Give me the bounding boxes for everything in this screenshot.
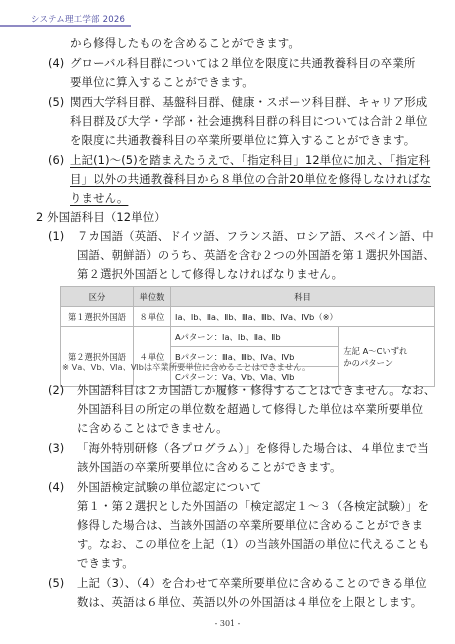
- item-line: を限度に共通教養科目の卒業所要単位に算入することができます。: [70, 133, 415, 147]
- item-number: (5): [48, 576, 64, 590]
- header-rule: [0, 25, 131, 27]
- table-header-row: 区分 単位数 科目: [61, 287, 435, 307]
- item-line: 第１・第２選択とした外国語の「検定認定１～３（各検定試験）」を: [77, 499, 429, 513]
- underlined-line: りません。: [70, 191, 128, 205]
- item-number: (4): [48, 56, 64, 70]
- continuation-text: から修得したものを含めることができます。: [70, 36, 300, 50]
- item-number: (5): [48, 95, 64, 109]
- item-line: す。なお、この単位を上記（1）の当該外国語の単位に代えることも: [77, 537, 430, 551]
- item-line: 第２選択外国語として修得しなければなりません。: [77, 267, 343, 281]
- item-line: 科目群及び大学・学部・社会連携科目群の科目については合計２単位: [70, 114, 428, 128]
- item-number: (4): [48, 480, 64, 494]
- item-line: 上記（3）、（4）を合わせて卒業所要単位に含めることのできる単位: [77, 576, 427, 590]
- section-heading: 2 外国語科目（12単位）: [36, 210, 166, 224]
- pattern-remark: 左記 A～Cいずれ かのパターン: [339, 327, 435, 387]
- table-note: ※ Ⅴa、Ⅴb、Ⅵa、Ⅵbは卒業所要単位に含めることはできません。: [62, 361, 310, 373]
- header-subjects: 科目: [171, 287, 435, 307]
- item-line: 修得した場合は、当該外国語の卒業所要単位に含めることができま: [77, 518, 423, 532]
- item-line: に含めることはできません。: [77, 421, 228, 435]
- pattern-a: Aパターン：Ⅰa、Ⅰb、Ⅱa、Ⅱb: [171, 327, 339, 347]
- item-line: 外国語科目の所定の単位数を超過して修得した単位は卒業所要単位: [77, 402, 423, 416]
- item-number: (6): [48, 153, 64, 167]
- item-line: 関西大学科目群、基盤科目群、健康・スポーツ科目群、キャリア形成: [70, 95, 427, 109]
- table-row: 第１選択外国語 ８単位 Ⅰa、Ⅰb、Ⅱa、Ⅱb、Ⅲa、Ⅲb、Ⅳa、Ⅳb（※）: [61, 307, 435, 327]
- page-header: システム理工学部 2026: [0, 0, 455, 30]
- row1-subjects: Ⅰa、Ⅰb、Ⅱa、Ⅱb、Ⅲa、Ⅲb、Ⅳa、Ⅳb（※）: [171, 307, 435, 327]
- row2-category: 第２選択外国語: [61, 327, 134, 387]
- row2-credits: ４単位: [134, 327, 171, 387]
- item-line: 外国語検定試験の単位認定について: [77, 480, 261, 494]
- remark-line: 左記 A～Cいずれ: [343, 346, 407, 356]
- item-line: 該外国語の卒業所要単位に含めることができます。: [77, 460, 342, 474]
- item-number: (3): [48, 441, 64, 455]
- item-number: (2): [48, 383, 64, 397]
- underlined-line: 上記(1)～(5)を踏まえたうえで、「指定科目」12単位に加え、「指定科: [70, 153, 430, 167]
- underlined-line: 目」以外の共通教養科目から８単位の合計20単位を修得しなければな: [70, 172, 431, 186]
- row1-credits: ８単位: [134, 307, 171, 327]
- item-line: 国語、朝鮮語）のうち、英語を含む２つの外国語を第１選択外国語、: [77, 248, 435, 262]
- header-title: システム理工学部 2026: [31, 13, 125, 25]
- item-line: グローバル科目群については２単位を限度に共通教養科目の卒業所: [70, 56, 415, 70]
- page-number: - 301 -: [0, 619, 455, 628]
- header-category: 区分: [61, 287, 134, 307]
- item-number: (1): [48, 229, 64, 243]
- item-line: できます。: [77, 556, 134, 570]
- item-line: ７カ国語（英語、ドイツ語、フランス語、ロシア語、スペイン語、中: [77, 229, 434, 243]
- item-line: 要単位に算入することができます。: [70, 75, 254, 89]
- item-line: 数は、英語は６単位、英語以外の外国語は４単位を上限とします。: [77, 595, 422, 609]
- table-row: 第２選択外国語 ４単位 Aパターン：Ⅰa、Ⅰb、Ⅱa、Ⅱb 左記 A～Cいずれ …: [61, 327, 435, 347]
- remark-line: かのパターン: [343, 358, 393, 368]
- header-credits: 単位数: [134, 287, 171, 307]
- item-line: 「海外特別研修（各プログラム）」を修得した場合は、４単位まで当: [77, 441, 429, 455]
- row1-category: 第１選択外国語: [61, 307, 134, 327]
- item-line: 外国語科目は２カ国語しか履修・修得することはできません。なお、: [77, 383, 435, 397]
